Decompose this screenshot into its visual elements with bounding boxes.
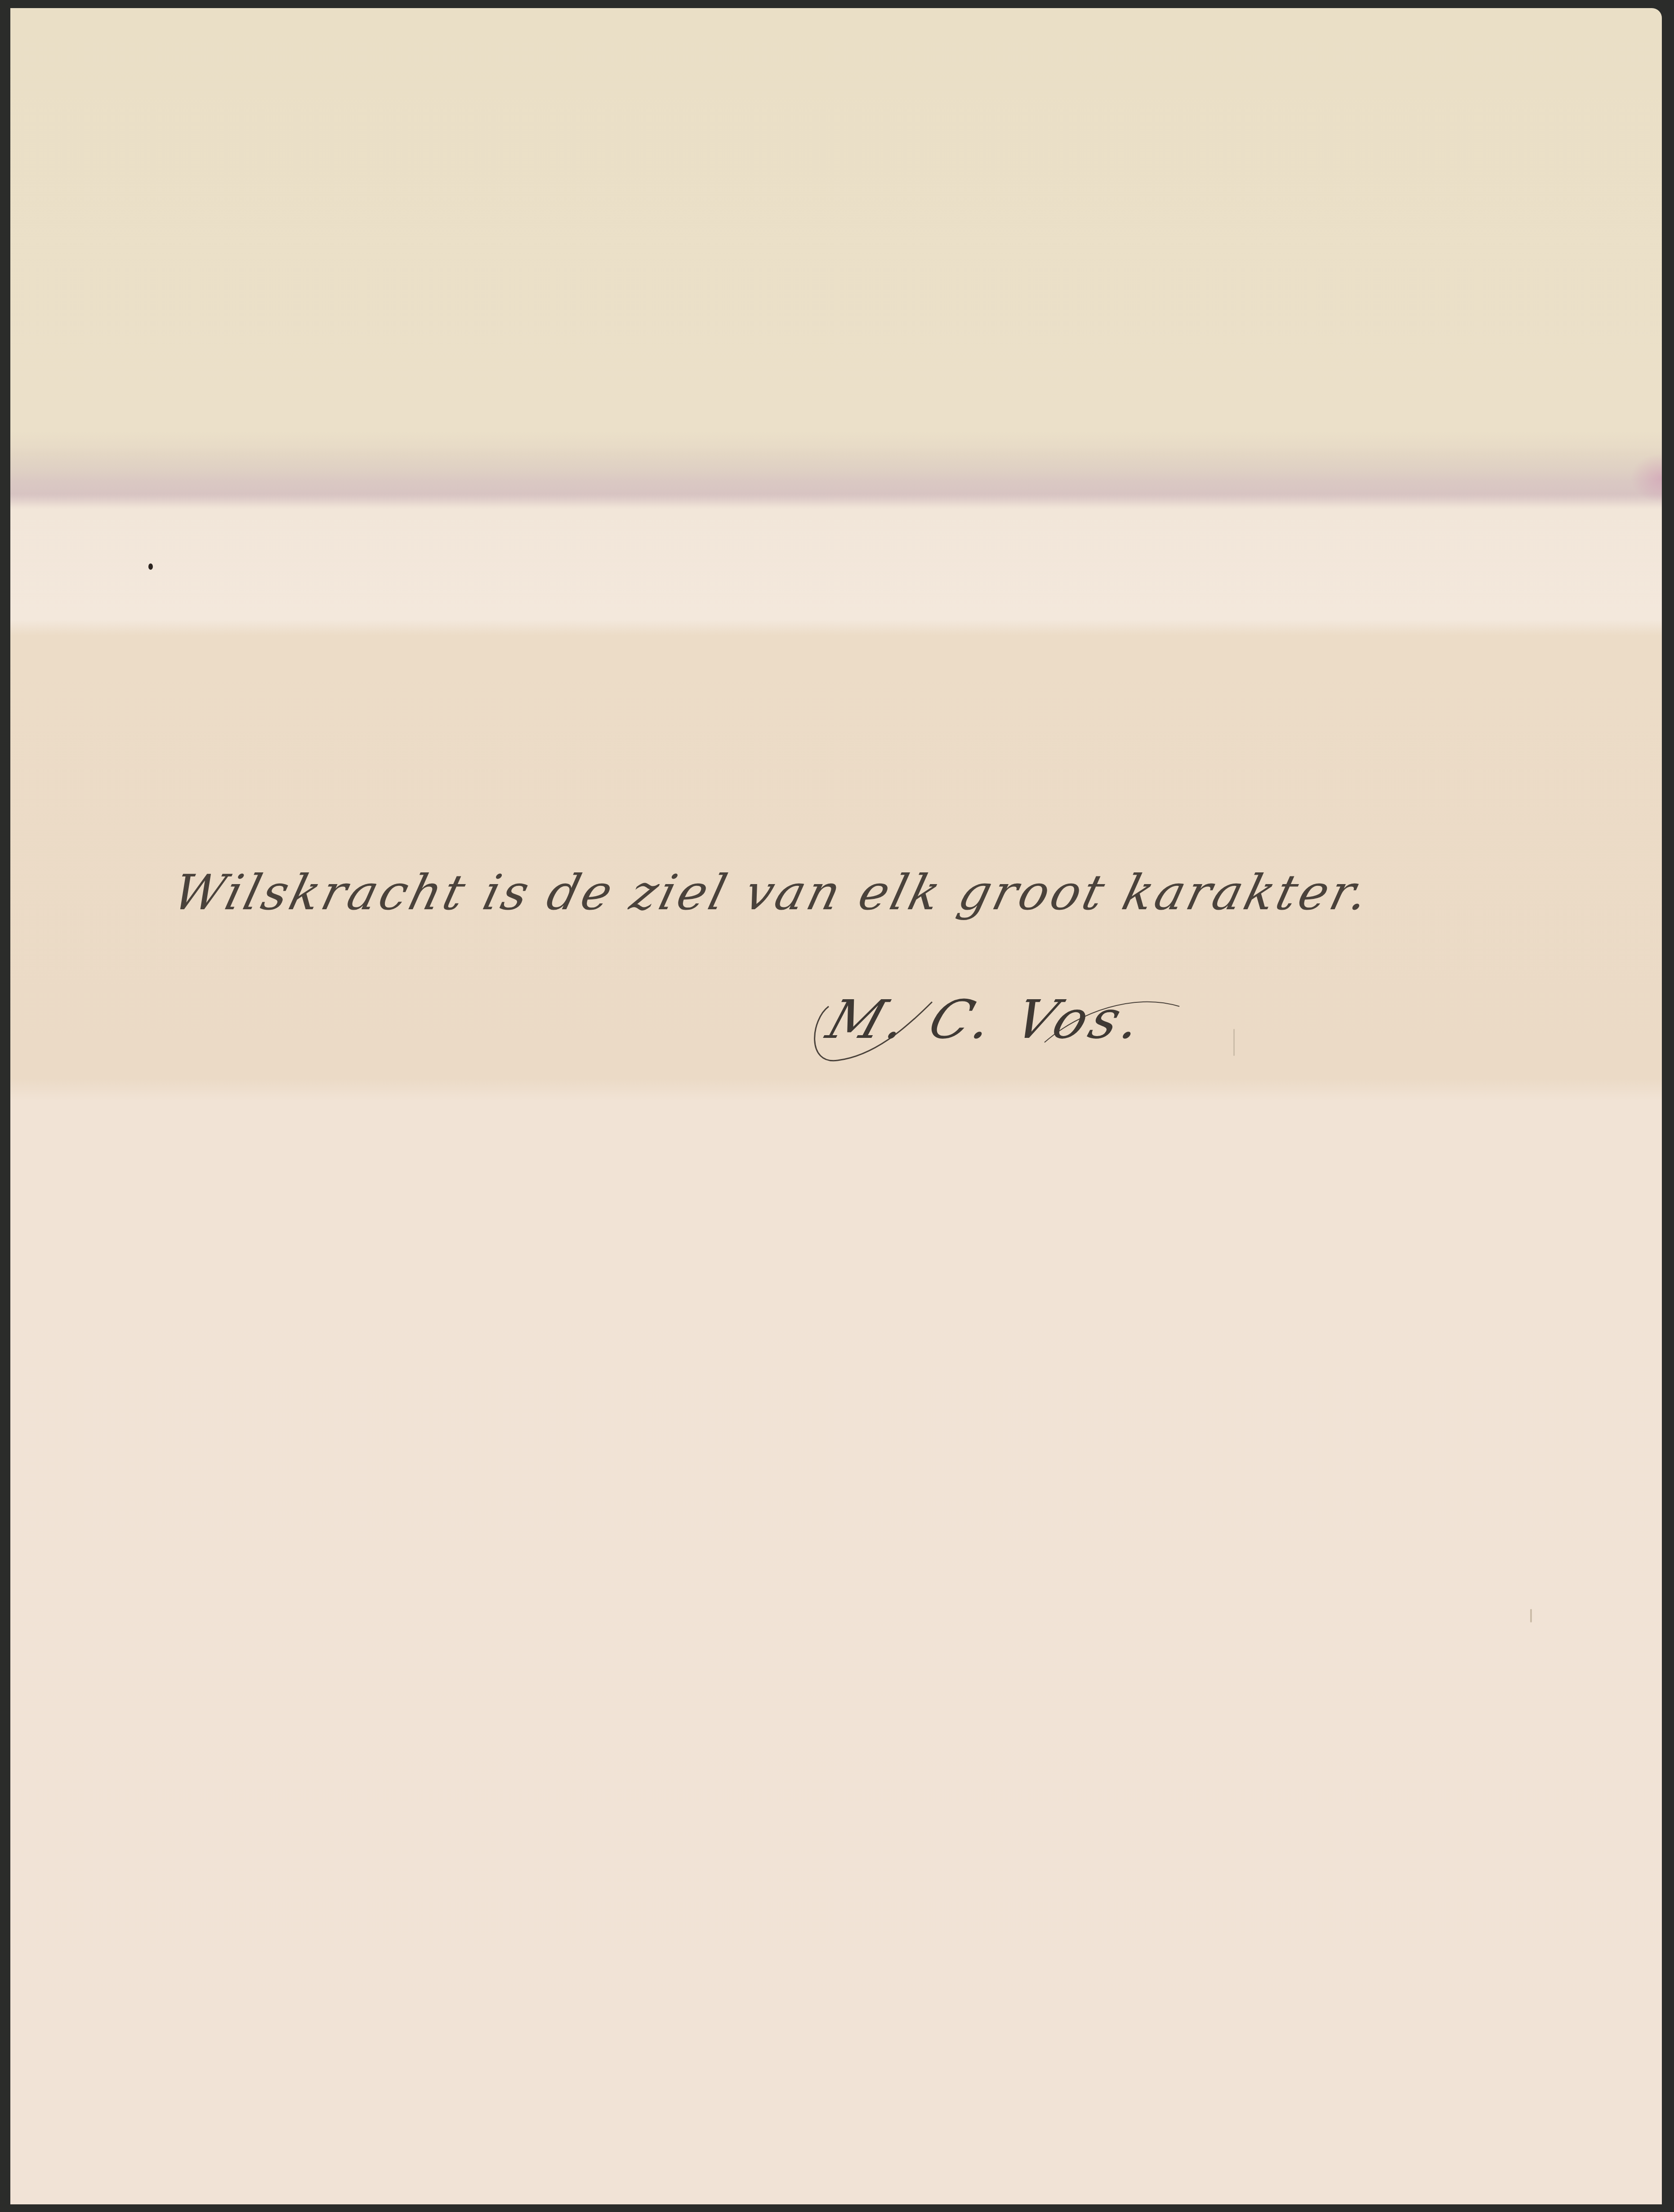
ink-speck xyxy=(1233,1029,1235,1056)
ink-speck xyxy=(148,563,153,570)
handwritten-quote: Wilskracht is de ziel van elk groot kara… xyxy=(168,865,1396,921)
pink-stain xyxy=(1630,453,1662,503)
paper-sheet: Wilskracht is de ziel van elk groot kara… xyxy=(10,8,1662,2204)
ink-speck xyxy=(1530,1609,1532,1622)
water-stain-band xyxy=(10,447,1662,509)
signature: M. C. Vos. xyxy=(820,988,1155,1050)
